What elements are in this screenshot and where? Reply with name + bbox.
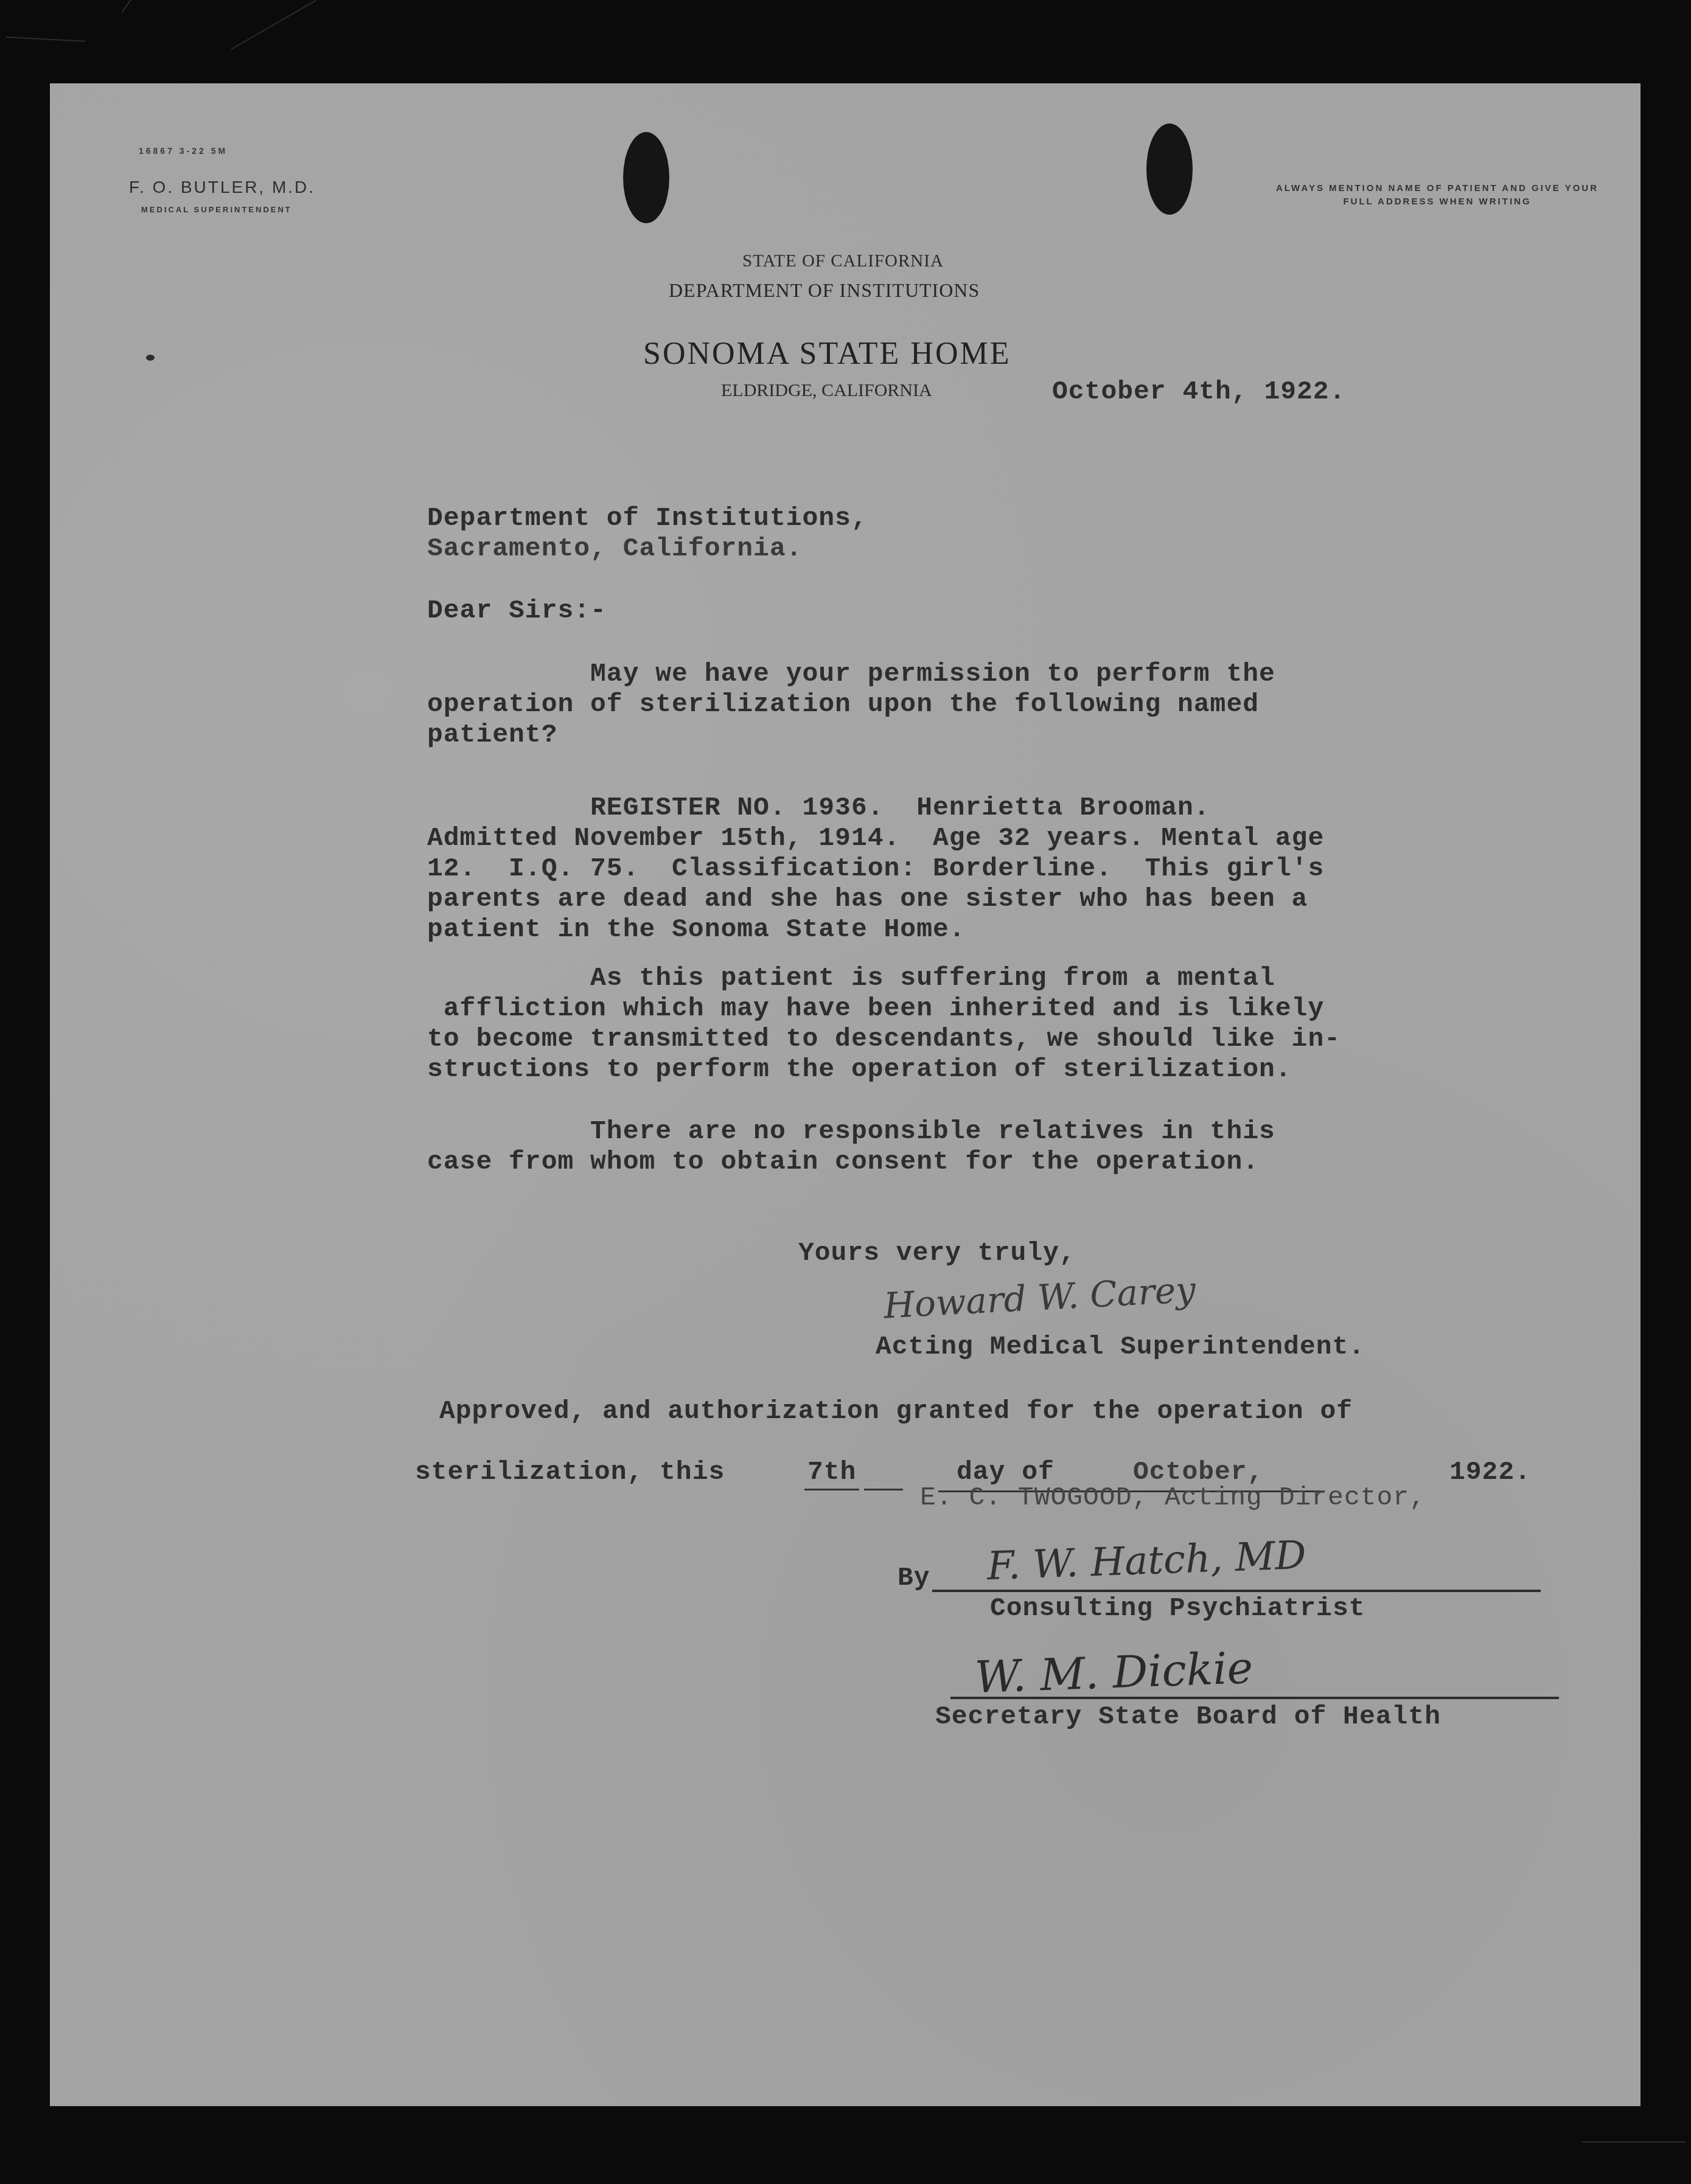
correspondence-notice: ALWAYS MENTION NAME OF PATIENT AND GIVE … bbox=[1267, 182, 1608, 209]
superintendent-title: MEDICAL SUPERINTENDENT bbox=[141, 205, 292, 214]
form-number: 16867 3-22 5M bbox=[139, 146, 228, 156]
approval-day: 7th bbox=[807, 1457, 856, 1487]
letterhead-department: DEPARTMENT OF INSTITUTIONS bbox=[669, 279, 980, 302]
approval-day-underline-2 bbox=[864, 1489, 903, 1490]
by-label: By bbox=[898, 1563, 930, 1593]
signer-title: Acting Medical Superintendent. bbox=[876, 1332, 1365, 1362]
letter-date: October 4th, 1922. bbox=[1052, 377, 1345, 406]
letter-page: 16867 3-22 5M F. O. BUTLER, M.D. MEDICAL… bbox=[50, 83, 1640, 2106]
punch-hole-right bbox=[1146, 123, 1193, 215]
letterhead-institution: SONOMA STATE HOME bbox=[643, 336, 1011, 372]
health-board-title: Secretary State Board of Health bbox=[935, 1702, 1441, 1731]
superintendent-name: F. O. BUTLER, M.D. bbox=[129, 178, 315, 197]
psychiatrist-title: Consulting Psychiatrist bbox=[990, 1593, 1365, 1623]
superintendent-signature: Howard W. Carey bbox=[883, 1269, 1197, 1327]
salutation: Dear Sirs:- bbox=[427, 596, 607, 625]
acting-director: E. C. TWOGOOD, Acting Director, bbox=[920, 1483, 1426, 1512]
body-paragraph-justification: As this patient is suffering from a ment… bbox=[427, 963, 1498, 1085]
ink-blemish bbox=[146, 355, 155, 361]
psychiatrist-signature: F. W. Hatch, MD bbox=[986, 1533, 1307, 1589]
addressee-line-2: Sacramento, California. bbox=[427, 534, 803, 563]
psychiatrist-signature-line bbox=[932, 1590, 1541, 1592]
approval-day-underline bbox=[804, 1489, 859, 1490]
approval-year: 1922. bbox=[1449, 1457, 1531, 1487]
addressee-line-1: Department of Institutions, bbox=[427, 503, 868, 533]
body-paragraph-request: May we have your permission to perform t… bbox=[427, 659, 1498, 750]
body-paragraph-consent: There are no responsible relatives in th… bbox=[427, 1116, 1498, 1177]
health-board-signature-line bbox=[950, 1697, 1559, 1699]
health-board-signature: W. M. Dickie bbox=[974, 1642, 1254, 1703]
letterhead-location: ELDRIDGE, CALIFORNIA bbox=[721, 380, 932, 401]
approval-line-1: Approved, and authorization granted for … bbox=[439, 1396, 1353, 1426]
body-paragraph-patient-details: REGISTER NO. 1936. Henrietta Brooman. Ad… bbox=[427, 793, 1498, 945]
punch-hole-left bbox=[623, 132, 669, 223]
letterhead-state: STATE OF CALIFORNIA bbox=[742, 251, 944, 271]
approval-line-2-prefix: sterilization, this bbox=[415, 1457, 725, 1487]
closing: Yours very truly, bbox=[798, 1238, 1076, 1268]
